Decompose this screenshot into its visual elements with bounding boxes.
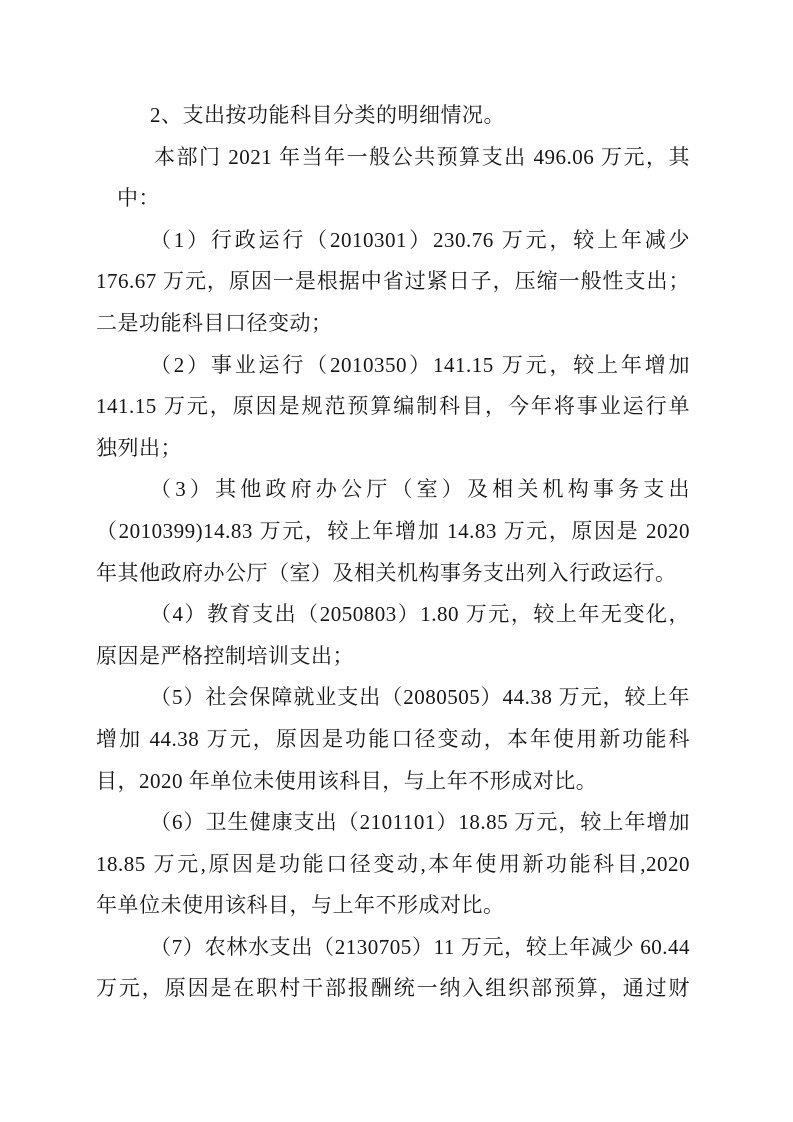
text-line: 18.85 万元,原因是功能口径变动,本年使用新功能科目,2020 [96,844,690,886]
text-line: 141.15 万元，原因是规范预算编制科目，今年将事业运行单 [96,386,690,428]
text-line: 2、支出按功能科目分类的明细情况。 [96,95,690,137]
text-line: （6）卫生健康支出（2101101）18.85 万元，较上年增加 [96,802,690,844]
text-line: （2）事业运行（2010350）141.15 万元，较上年增加 [96,345,690,387]
text-line: 原因是严格控制培训支出； [96,636,690,678]
text-line: 年其他政府办公厅（室）及相关机构事务支出列入行政运行。 [96,553,690,595]
paragraph-intro: 本部门 2021 年当年一般公共预算支出 496.06 万元，其中： [96,137,690,220]
text-line: 年单位未使用该科目，与上年不形成对比。 [96,885,690,927]
document-body: 2、支出按功能科目分类的明细情况。本部门 2021 年当年一般公共预算支出 49… [96,95,690,1010]
text-line: （3）其他政府办公厅（室）及相关机构事务支出 [96,469,690,511]
paragraph-item-3: （3）其他政府办公厅（室）及相关机构事务支出（2010399)14.83 万元，… [96,469,690,594]
text-line: （1）行政运行（2010301）230.76 万元，较上年减少 [96,220,690,262]
paragraph-item-6: （6）卫生健康支出（2101101）18.85 万元，较上年增加18.85 万元… [96,802,690,927]
text-line: 176.67 万元，原因一是根据中省过紧日子，压缩一般性支出； [96,261,690,303]
paragraph-item-4: （4）教育支出（2050803）1.80 万元，较上年无变化，原因是严格控制培训… [96,594,690,677]
text-line: 独列出； [96,428,690,470]
text-line: 本部门 2021 年当年一般公共预算支出 496.06 万元，其 [96,137,690,179]
document-page: 2、支出按功能科目分类的明细情况。本部门 2021 年当年一般公共预算支出 49… [0,0,793,1122]
text-line: 二是功能科目口径变动； [96,303,690,345]
text-line: （5）社会保障就业支出（2080505）44.38 万元，较上年 [96,677,690,719]
paragraph-item-1: （1）行政运行（2010301）230.76 万元，较上年减少176.67 万元… [96,220,690,345]
paragraph-item-7: （7）农林水支出（2130705）11 万元，较上年减少 60.44万元，原因是… [96,927,690,1010]
text-line: 增加 44.38 万元，原因是功能口径变动，本年使用新功能科 [96,719,690,761]
text-line: （7）农林水支出（2130705）11 万元，较上年减少 60.44 [96,927,690,969]
text-line: 万元，原因是在职村干部报酬统一纳入组织部预算，通过财 [96,968,690,1010]
paragraph-item-5: （5）社会保障就业支出（2080505）44.38 万元，较上年增加 44.38… [96,677,690,802]
text-line: 目，2020 年单位未使用该科目，与上年不形成对比。 [96,761,690,803]
text-line: （2010399)14.83 万元，较上年增加 14.83 万元，原因是 202… [96,511,690,553]
text-line: （4）教育支出（2050803）1.80 万元，较上年无变化， [96,594,690,636]
section-title: 2、支出按功能科目分类的明细情况。 [96,95,690,137]
text-line: 中： [96,178,690,220]
paragraph-item-2: （2）事业运行（2010350）141.15 万元，较上年增加141.15 万元… [96,345,690,470]
